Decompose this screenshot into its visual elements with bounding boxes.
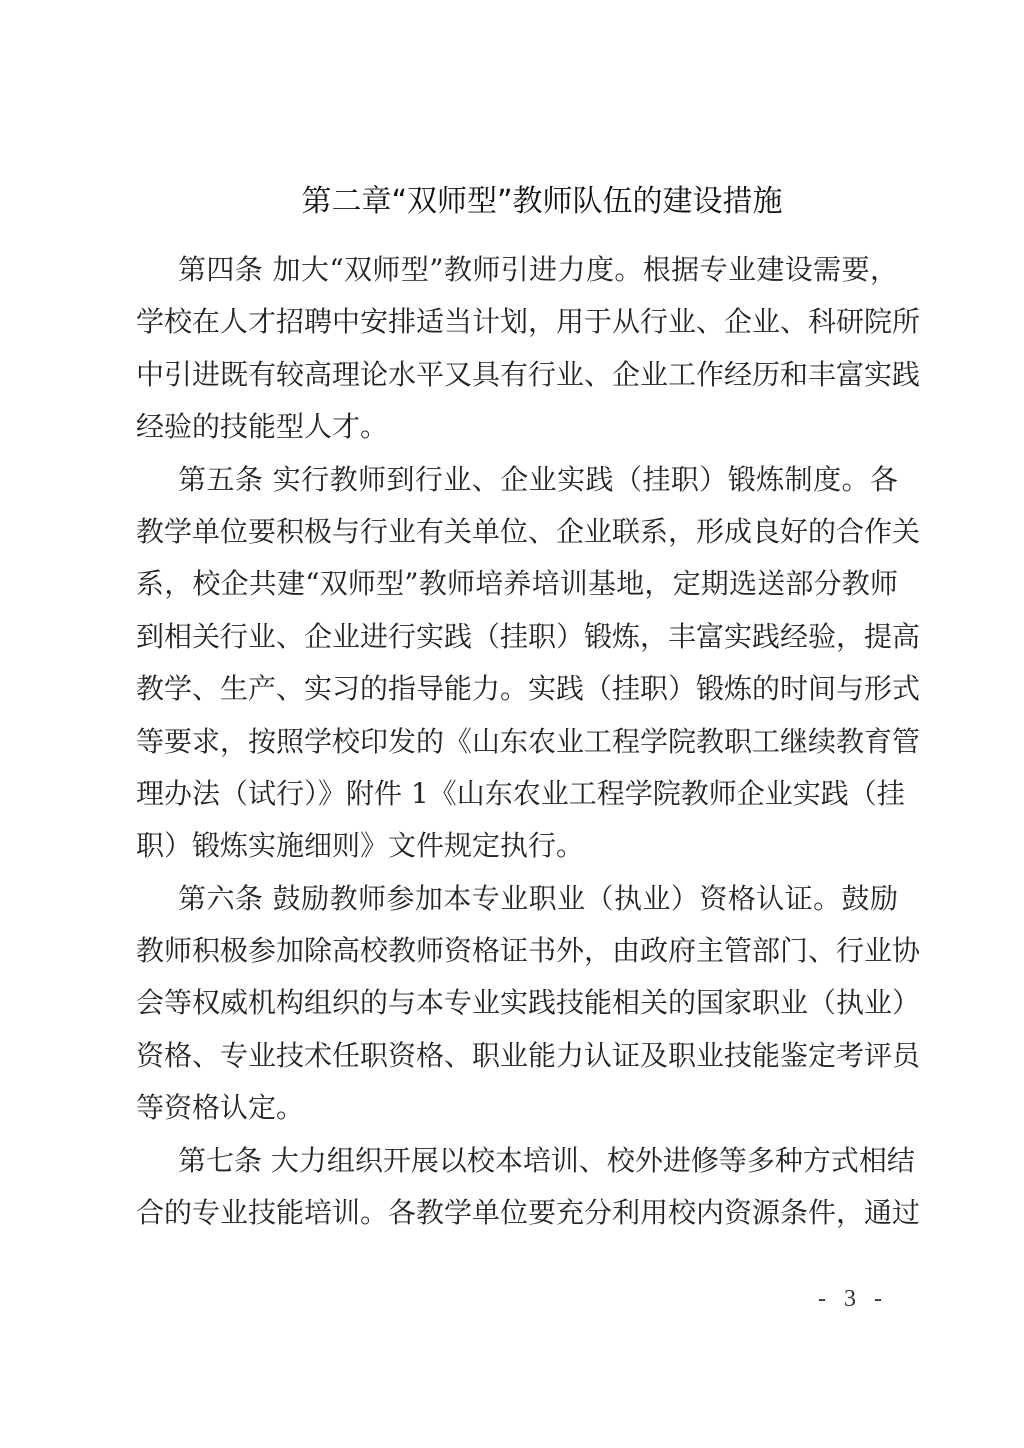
paragraph-line: 教师积极参加除高校教师资格证书外，由政府主管部门、行业协 bbox=[136, 925, 898, 977]
article-4: 第四条 加大“双师型”教师引进力度。根据专业建设需要， 学校在人才招聘中安排适当… bbox=[136, 244, 898, 454]
paragraph-line: 到相关行业、企业进行实践（挂职）锻炼，丰富实践经验，提高 bbox=[136, 611, 898, 663]
paragraph-line: 第六条 鼓励教师参加本专业职业（执业）资格认证。鼓励 bbox=[136, 873, 898, 925]
paragraph-line: 会等权威机构组织的与本专业实践技能相关的国家职业（执业） bbox=[136, 977, 898, 1029]
document-page: 第二章“双师型”教师队伍的建设措施 第四条 加大“双师型”教师引进力度。根据专业… bbox=[0, 0, 1024, 1448]
paragraph-line: 学校在人才招聘中安排适当计划，用于从行业、企业、科研院所 bbox=[136, 296, 898, 348]
paragraph-line: 第四条 加大“双师型”教师引进力度。根据专业建设需要， bbox=[136, 244, 898, 296]
paragraph-line: 等要求，按照学校印发的《山东农业工程学院教职工继续教育管 bbox=[136, 716, 898, 768]
paragraph-line: 合的专业技能培训。各教学单位要充分利用校内资源条件，通过 bbox=[136, 1187, 898, 1239]
paragraph-line: 系，校企共建“双师型”教师培养培训基地，定期选送部分教师 bbox=[136, 558, 898, 610]
article-7: 第七条 大力组织开展以校本培训、校外进修等多种方式相结 合的专业技能培训。各教学… bbox=[136, 1135, 898, 1240]
paragraph-line: 职）锻炼实施细则》文件规定执行。 bbox=[136, 820, 898, 872]
chapter-title: 第二章“双师型”教师队伍的建设措施 bbox=[0, 180, 1024, 224]
paragraph-line: 资格、专业技术任职资格、职业能力认证及职业技能鉴定考评员 bbox=[136, 1030, 898, 1082]
paragraph-line: 中引进既有较高理论水平又具有行业、企业工作经历和丰富实践 bbox=[136, 349, 898, 401]
paragraph-line: 第七条 大力组织开展以校本培训、校外进修等多种方式相结 bbox=[136, 1135, 898, 1187]
article-5: 第五条 实行教师到行业、企业实践（挂职）锻炼制度。各 教学单位要积极与行业有关单… bbox=[136, 454, 898, 873]
paragraph-line: 理办法（试行）》附件 1《山东农业工程学院教师企业实践（挂 bbox=[136, 768, 898, 820]
paragraph-line: 等资格认定。 bbox=[136, 1082, 898, 1134]
document-body: 第四条 加大“双师型”教师引进力度。根据专业建设需要， 学校在人才招聘中安排适当… bbox=[136, 244, 898, 1239]
paragraph-line: 第五条 实行教师到行业、企业实践（挂职）锻炼制度。各 bbox=[136, 454, 898, 506]
paragraph-line: 教学单位要积极与行业有关单位、企业联系，形成良好的合作关 bbox=[136, 506, 898, 558]
paragraph-line: 教学、生产、实习的指导能力。实践（挂职）锻炼的时间与形式 bbox=[136, 663, 898, 715]
article-6: 第六条 鼓励教师参加本专业职业（执业）资格认证。鼓励 教师积极参加除高校教师资格… bbox=[136, 873, 898, 1135]
page-number: - 3 - bbox=[818, 1282, 888, 1316]
paragraph-line: 经验的技能型人才。 bbox=[136, 401, 898, 453]
